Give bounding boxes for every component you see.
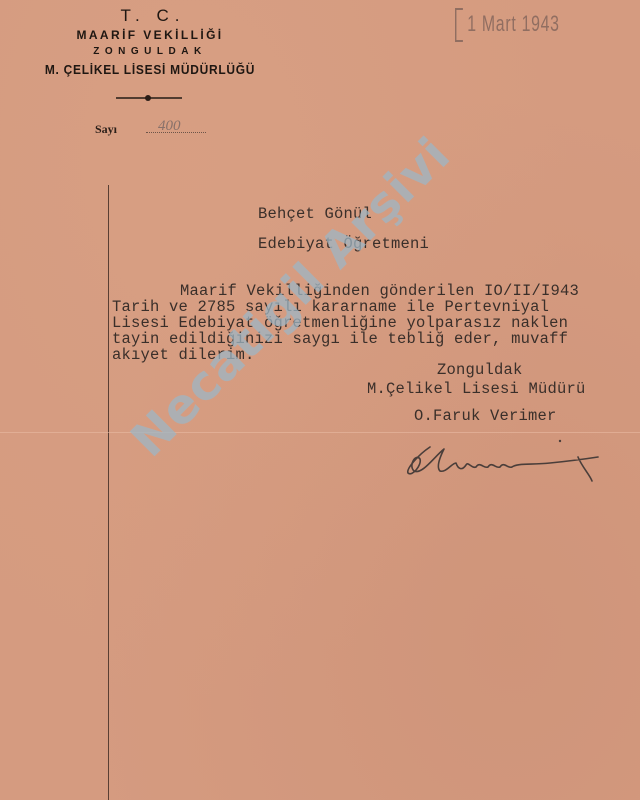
letterhead-school: M. ÇELİKEL LİSESİ MÜDÜRLÜĞÜ <box>40 60 261 80</box>
margin-line <box>108 185 109 800</box>
stamp-date: 1 Mart 1943 <box>467 11 559 36</box>
reference-number: 400 <box>158 118 181 135</box>
letterhead-country: T. C. <box>36 6 270 26</box>
letterhead-city: ZONGULDAK <box>30 44 270 60</box>
fold-line <box>0 432 640 433</box>
handwritten-signature-icon <box>400 435 610 485</box>
letterhead: T. C. MAARİF VEKİLLİĞİ ZONGULDAK M. ÇELİ… <box>30 6 270 80</box>
date-stamp: 1 Mart 1943 <box>455 8 560 42</box>
signature-city: Zonguldak <box>437 361 523 379</box>
signature-office: M.Çelikel Lisesi Müdürü <box>367 380 586 398</box>
stamp-bracket-icon <box>455 8 463 42</box>
signature-name: O.Faruk Verimer <box>414 407 557 425</box>
ornament-diamond-icon <box>145 95 151 101</box>
letterhead-ministry: MAARİF VEKİLLİĞİ <box>30 26 270 44</box>
document-page: T. C. MAARİF VEKİLLİĞİ ZONGULDAK M. ÇELİ… <box>0 0 640 800</box>
reference-label: Sayı <box>95 122 117 137</box>
